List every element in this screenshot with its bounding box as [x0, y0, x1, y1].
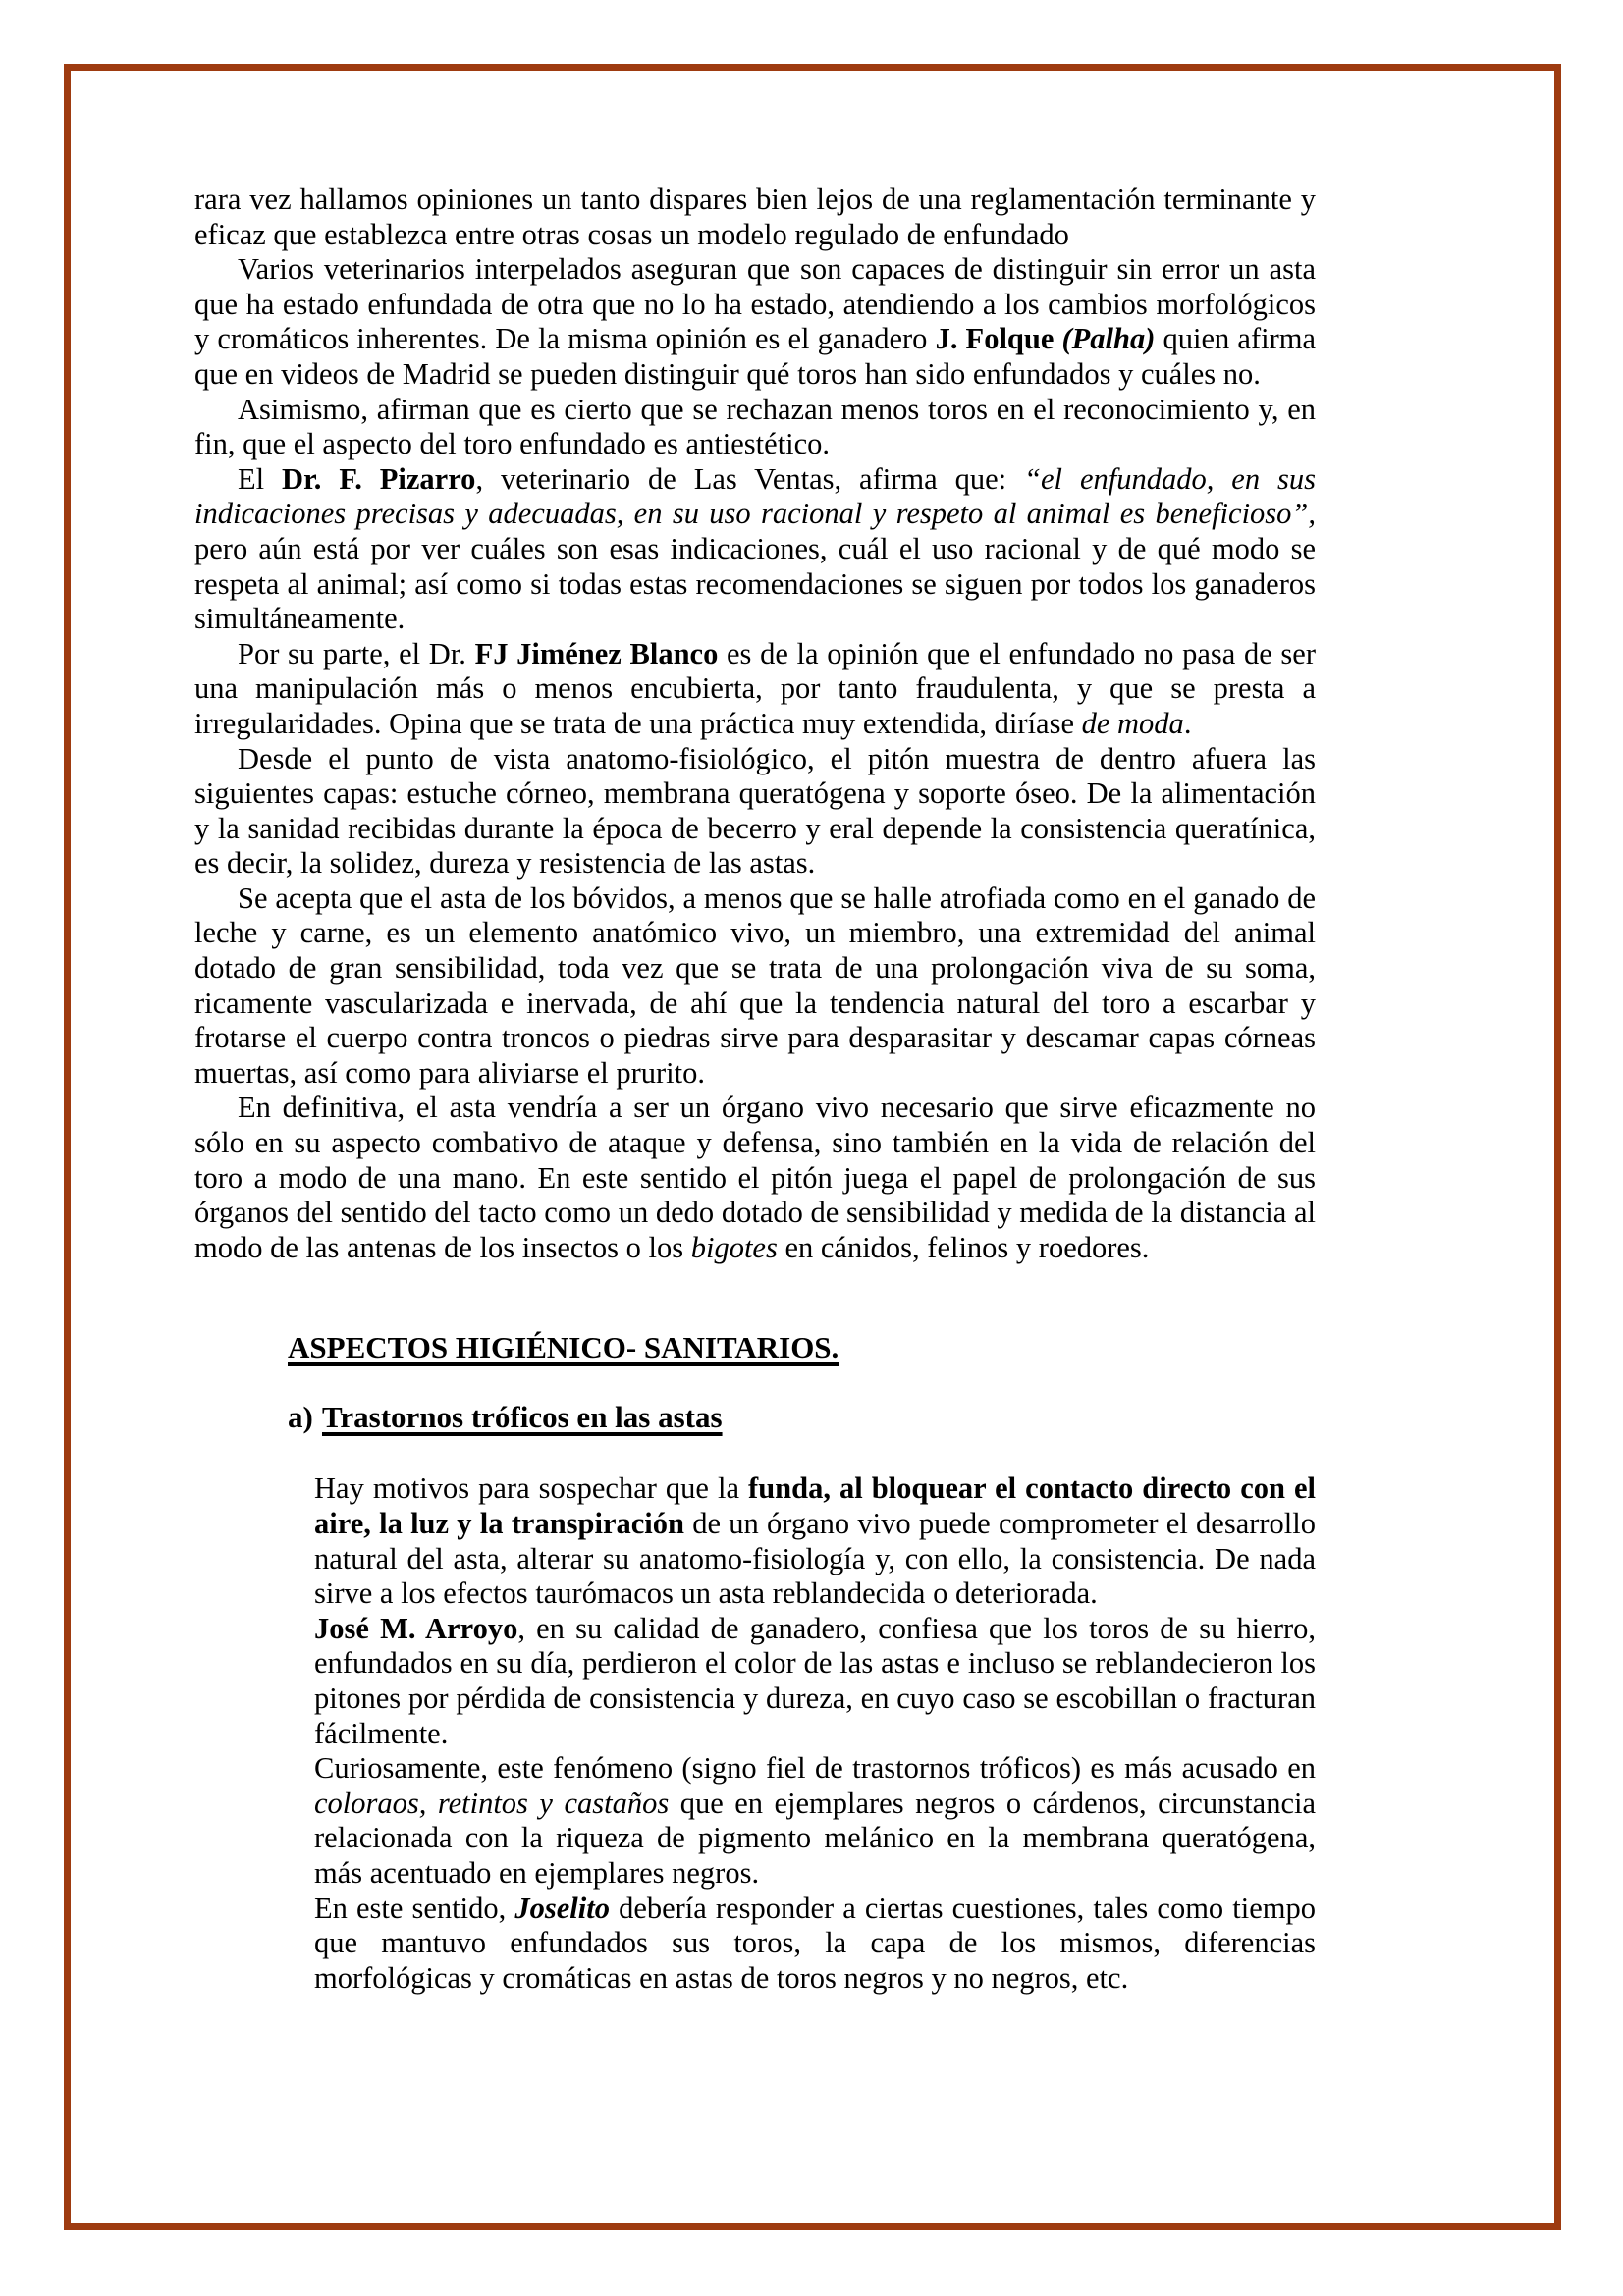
paragraph-4: El Dr. F. Pizarro, veterinario de Las Ve…	[194, 462, 1316, 637]
sub-paragraph-3: Curiosamente, este fenómeno (signo fiel …	[314, 1751, 1316, 1891]
text-run: Hay motivos para sospechar que la	[314, 1471, 748, 1505]
text-run: coloraos, retintos y castaños	[314, 1787, 669, 1820]
text-run: Dr. F. Pizarro	[282, 462, 475, 496]
text-run: Asimismo, afirman que es cierto que se r…	[194, 393, 1316, 461]
text-run: Joselito	[514, 1892, 610, 1925]
paragraph-8: En definitiva, el asta vendría a ser un …	[194, 1091, 1316, 1265]
section-heading: ASPECTOS HIGIÉNICO- SANITARIOS.	[288, 1330, 1316, 1365]
text-run: (Palha)	[1062, 322, 1156, 355]
text-run: , veterinario de Las Ventas, afirma que:	[475, 462, 1024, 496]
subsection-body: Hay motivos para sospechar que la funda,…	[314, 1471, 1316, 1996]
section-heading-text: ASPECTOS HIGIÉNICO- SANITARIOS.	[288, 1330, 839, 1364]
text-run: Se acepta que el asta de los bóvidos, a …	[194, 881, 1316, 1090]
paragraph-6: Desde el punto de vista anatomo-fisiológ…	[194, 742, 1316, 881]
text-run: J. Folque	[936, 322, 1062, 355]
text-run: bigotes	[691, 1231, 778, 1264]
paragraph-7: Se acepta que el asta de los bóvidos, a …	[194, 881, 1316, 1092]
text-run: en cánidos, felinos y roedores.	[778, 1231, 1150, 1264]
text-run: Por su parte, el Dr.	[238, 637, 475, 670]
text-run: .	[1184, 707, 1192, 740]
paragraph-3: Asimismo, afirman que es cierto que se r…	[194, 393, 1316, 462]
text-run: En este sentido,	[314, 1892, 514, 1925]
text-run: pero aún está por ver cuáles son esas in…	[194, 532, 1316, 635]
text-run: rara vez hallamos opiniones un tanto dis…	[194, 183, 1316, 251]
text-run: de moda	[1082, 707, 1184, 740]
list-item-marker: a)	[288, 1400, 322, 1435]
text-run: Curiosamente, este fenómeno (signo fiel …	[314, 1751, 1316, 1785]
paragraph-2: Varios veterinarios interpelados asegura…	[194, 252, 1316, 392]
text-run: El	[238, 462, 282, 496]
paragraph-5: Por su parte, el Dr. FJ Jiménez Blanco e…	[194, 637, 1316, 742]
text-run: FJ Jiménez Blanco	[475, 637, 719, 670]
sub-paragraph-4: En este sentido, Joselito debería respon…	[314, 1892, 1316, 1997]
list-item-a: a)Trastornos tróficos en las astas	[288, 1400, 1316, 1435]
text-run: Desde el punto de vista anatomo-fisiológ…	[194, 742, 1316, 881]
sub-paragraph-1: Hay motivos para sospechar que la funda,…	[314, 1471, 1316, 1611]
paragraph-1: rara vez hallamos opiniones un tanto dis…	[194, 183, 1316, 252]
document-content: rara vez hallamos opiniones un tanto dis…	[194, 183, 1316, 1996]
text-run: José M. Arroyo	[314, 1612, 517, 1645]
list-item-title: Trastornos tróficos en las astas	[322, 1400, 723, 1434]
sub-paragraph-2: José M. Arroyo, en su calidad de ganader…	[314, 1612, 1316, 1751]
